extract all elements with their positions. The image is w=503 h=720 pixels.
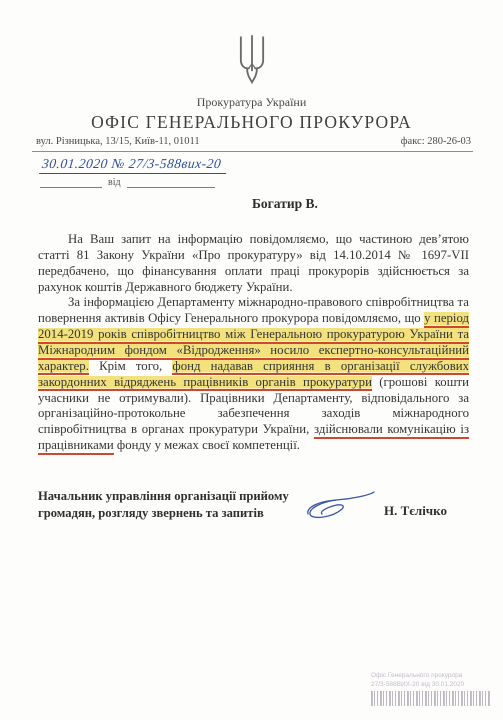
letter-body: На Ваш запит на інформацію повідомляємо,… bbox=[38, 232, 469, 454]
signature-scribble-icon bbox=[300, 490, 378, 531]
header-divider bbox=[32, 151, 473, 152]
reference-block: 30.01.2020 № 27/3-588вих-20 від bbox=[40, 155, 260, 188]
blank-line bbox=[127, 177, 215, 188]
signature-block: Начальник управління організації прийому… bbox=[38, 488, 477, 531]
signature-visual: Н. Тєлічко bbox=[300, 490, 447, 531]
stamp-org-line: Офіс Генерального прокурора bbox=[371, 672, 499, 680]
address-row: вул. Різницька, 13/15, Київ-11, 01011 фа… bbox=[36, 136, 471, 147]
fax-number: факс: 280-26-03 bbox=[401, 136, 471, 147]
blank-line bbox=[40, 177, 102, 188]
handwritten-reference: 30.01.2020 № 27/3-588вих-20 bbox=[39, 156, 228, 174]
org-name-small: Прокуратура України bbox=[0, 95, 503, 110]
signer-title: Начальник управління організації прийому… bbox=[38, 488, 300, 522]
text-segment-plain: фонду у межах своєї компетенції. bbox=[114, 438, 300, 452]
paragraph-2: За інформацією Департаменту міжнародно-п… bbox=[38, 295, 469, 454]
org-name-large: ОФІС ГЕНЕРАЛЬНОГО ПРОКУРОРА bbox=[0, 112, 503, 133]
scanned-letter-page: Прокуратура України ОФІС ГЕНЕРАЛЬНОГО ПР… bbox=[0, 0, 503, 720]
text-segment-plain: За інформацією Департаменту міжнародно-п… bbox=[38, 295, 469, 325]
signer-title-line2: громадян, розгляду звернень та запитів bbox=[38, 505, 300, 522]
street-address: вул. Різницька, 13/15, Київ-11, 01011 bbox=[36, 136, 200, 147]
letterhead: Прокуратура України ОФІС ГЕНЕРАЛЬНОГО ПР… bbox=[0, 0, 503, 133]
paragraph-1: На Ваш запит на інформацію повідомляємо,… bbox=[38, 232, 469, 295]
stamp-ref-line: 27/3-588ВИХ-20 від 30.01.2020 bbox=[371, 681, 499, 689]
barcode bbox=[371, 691, 491, 706]
signer-name: Н. Тєлічко bbox=[384, 503, 447, 519]
signer-title-line1: Начальник управління організації прийому bbox=[38, 488, 300, 505]
vid-label: від bbox=[108, 177, 121, 188]
reference-form-line: від bbox=[40, 177, 260, 188]
ukraine-trident-icon bbox=[233, 34, 271, 91]
text-segment-plain: Крім того, bbox=[89, 359, 173, 373]
registration-stamp: Офіс Генерального прокурора 27/3-588ВИХ-… bbox=[371, 672, 499, 706]
addressee: Богатир В. bbox=[252, 196, 503, 212]
